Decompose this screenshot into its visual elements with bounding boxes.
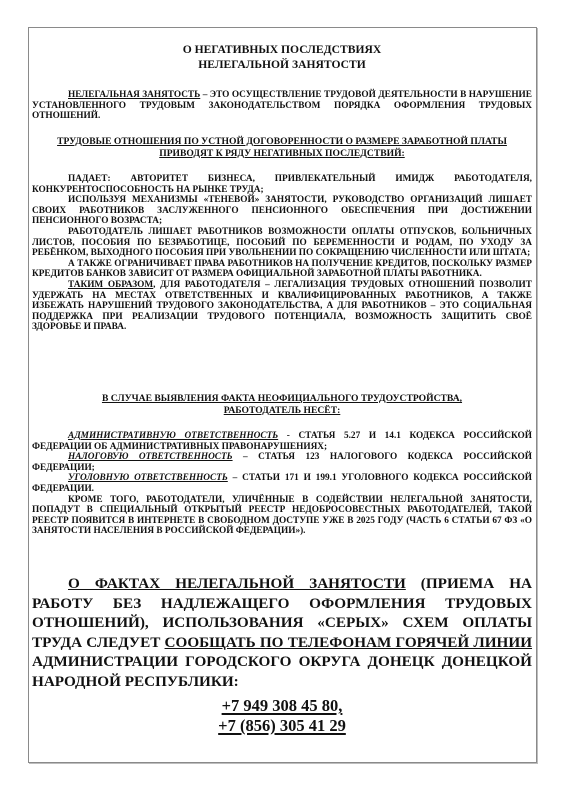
title-line-2: НЕЛЕГАЛЬНОЙ ЗАНЯТОСТИ (32, 58, 532, 73)
phone-number-2[interactable]: +7 (856) 305 41 29 (218, 716, 346, 736)
responsibilities-list: АДМИНИСТРАТИВНУЮ ОТВЕТСТВЕННОСТЬ - СТАТЬ… (32, 431, 532, 537)
consequence-item: РАБОТОДАТЕЛЬ ЛИШАЕТ РАБОТНИКОВ ВОЗМОЖНОС… (32, 227, 532, 259)
section-2-heading-line-2: РАБОТОДАТЕЛЬ НЕСЁТ: (32, 405, 532, 417)
hotline-paragraph: О ФАКТАХ НЕЛЕГАЛЬНОЙ ЗАНЯТОСТИ (ПРИЕМА Н… (32, 574, 532, 692)
consequence-item: ПАДАЕТ: АВТОРИТЕТ БИЗНЕСА, ПРИВЛЕКАТЕЛЬН… (32, 174, 532, 195)
hotline-phones: +7 949 308 45 80, +7 (856) 305 41 29 (32, 696, 532, 736)
conclusion-lead: ТАКИМ ОБРАЗОМ (68, 280, 153, 290)
definition-term: НЕЛЕГАЛЬНАЯ ЗАНЯТОСТЬ (68, 90, 200, 100)
phone-number-1[interactable]: +7 949 308 45 80, (222, 696, 343, 716)
definition-paragraph: НЕЛЕГАЛЬНАЯ ЗАНЯТОСТЬ – ЭТО ОСУЩЕСТВЛЕНИ… (32, 90, 532, 122)
section-1-heading: ТРУДОВЫЕ ОТНОШЕНИЯ ПО УСТНОЙ ДОГОВОРЕННО… (32, 136, 532, 160)
responsibility-item: НАЛОГОВУЮ ОТВЕТСТВЕННОСТЬ – СТАТЬЯ 123 Н… (32, 452, 532, 473)
hotline-lead: О ФАКТАХ НЕЛЕГАЛЬНОЙ ЗАНЯТОСТИ (68, 575, 406, 592)
section-2-heading: В СЛУЧАЕ ВЫЯВЛЕНИЯ ФАКТА НЕОФИЦИАЛЬНОГО … (32, 393, 532, 417)
consequence-item: ИСПОЛЬЗУЯ МЕХАНИЗМЫ «ТЕНЕВОЙ» ЗАНЯТОСТИ,… (32, 195, 532, 227)
title-line-1: О НЕГАТИВНЫХ ПОСЛЕДСТВИЯХ (32, 43, 532, 58)
consequence-item: А ТАКЖЕ ОГРАНИЧИВАЕТ ПРАВА РАБОТНИКОВ НА… (32, 259, 532, 280)
page-title: О НЕГАТИВНЫХ ПОСЛЕДСТВИЯХ НЕЛЕГАЛЬНОЙ ЗА… (32, 43, 532, 72)
responsibility-item: АДМИНИСТРАТИВНУЮ ОТВЕТСТВЕННОСТЬ - СТАТЬ… (32, 431, 532, 452)
hotline-call-to-action: СООБЩАТЬ ПО ТЕЛЕФОНАМ ГОРЯЧЕЙ ЛИНИИ (165, 634, 532, 651)
responsibility-type: УГОЛОВНУЮ ОТВЕТСТВЕННОСТЬ (68, 473, 228, 483)
consequences-list: ПАДАЕТ: АВТОРИТЕТ БИЗНЕСА, ПРИВЛЕКАТЕЛЬН… (32, 174, 532, 333)
section-2-heading-line-1: В СЛУЧАЕ ВЫЯВЛЕНИЯ ФАКТА НЕОФИЦИАЛЬНОГО … (32, 393, 532, 405)
conclusion-paragraph: ТАКИМ ОБРАЗОМ, ДЛЯ РАБОТОДАТЕЛЯ – ЛЕГАЛИ… (32, 280, 532, 333)
registry-paragraph: КРОМЕ ТОГО, РАБОТОДАТЕЛИ, УЛИЧЁННЫЕ В СО… (32, 495, 532, 537)
responsibility-type: НАЛОГОВУЮ ОТВЕТСТВЕННОСТЬ (68, 452, 233, 462)
responsibility-type: АДМИНИСТРАТИВНУЮ ОТВЕТСТВЕННОСТЬ (68, 431, 278, 441)
responsibility-item: УГОЛОВНУЮ ОТВЕТСТВЕННОСТЬ – СТАТЬИ 171 И… (32, 473, 532, 494)
hotline-tail: АДМИНИСТРАЦИИ ГОРОДСКОГО ОКРУГА ДОНЕЦК Д… (32, 653, 532, 690)
